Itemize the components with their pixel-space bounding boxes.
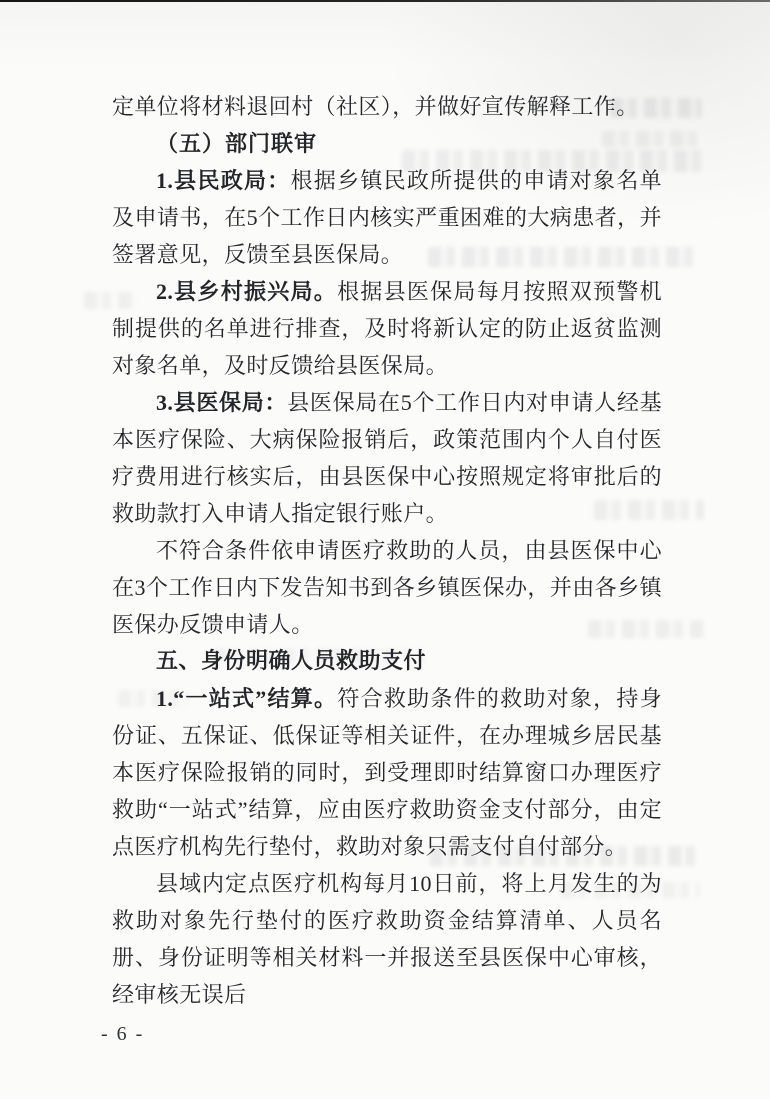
document-body: 定单位将材料退回村（社区），并做好宣传解释工作。 （五）部门联审 1.县民政局：… [112,88,662,1013]
lead-medical-insurance-bureau: 3.县医保局： [156,390,287,415]
paragraph-not-qualified-notice: 不符合条件依申请医疗救助的人员，由县医保中心在3个工作日内下发告知书到各乡镇医保… [112,532,662,643]
paragraph-monthly-settlement: 县域内定点医疗机构每月10日前，将上月发生的为救助对象先行垫付的医疗救助资金结算… [112,865,662,1013]
lead-rural-revitalization-bureau: 2.县乡村振兴局。 [156,279,337,304]
heading-section-five-payment: 五、身份明确人员救助支付 [112,643,662,680]
paragraph-medical-insurance-bureau: 3.县医保局：县医保局在5个工作日内对申请人经基本医疗保险、大病保险报销后，政策… [112,384,662,532]
paragraph-one-stop-settlement: 1.“一站式”结算。符合救助条件的救助对象，持身份证、五保证、低保证等相关证件，… [112,680,662,865]
paragraph-rural-revitalization-bureau: 2.县乡村振兴局。根据县医保局每月按照双预警机制提供的名单进行排查，及时将新认定… [112,273,662,384]
scan-edge-artifact [0,0,770,2]
lead-one-stop-settlement: 1.“一站式”结算。 [156,686,337,711]
heading-section-five-joint-review: （五）部门联审 [112,125,662,162]
page-number: - 6 - [101,1023,144,1046]
paragraph-civil-affairs-bureau: 1.县民政局：根据乡镇民政所提供的申请对象名单及申请书，在5个工作日内核实严重困… [112,162,662,273]
lead-civil-affairs-bureau: 1.县民政局： [156,168,291,193]
text-one-stop-settlement: 符合救助条件的救助对象，持身份证、五保证、低保证等相关证件，在办理城乡居民基本医… [112,686,662,859]
paragraph-continuation: 定单位将材料退回村（社区），并做好宣传解释工作。 [112,88,662,125]
scanned-document-page: 定单位将材料退回村（社区），并做好宣传解释工作。 （五）部门联审 1.县民政局：… [0,0,770,1099]
